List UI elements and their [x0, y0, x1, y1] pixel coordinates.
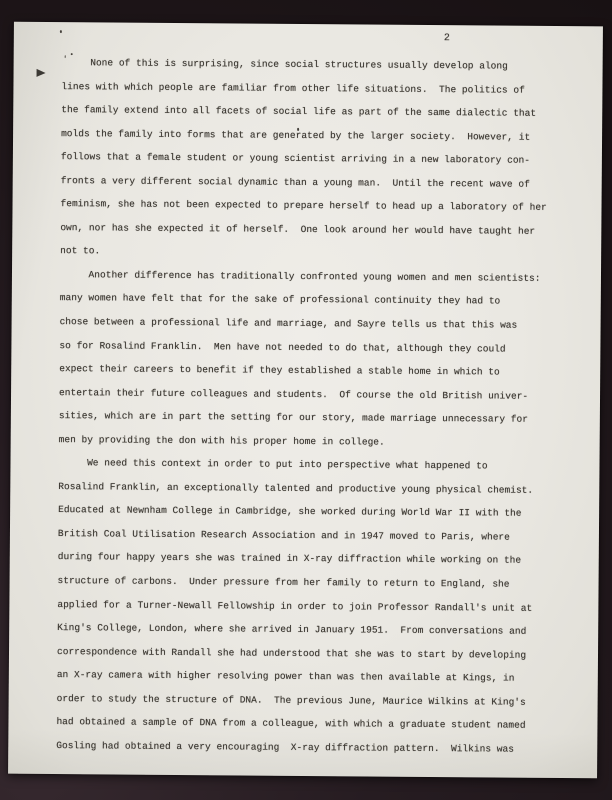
text-line: Gosling had obtained a very encouraging … — [56, 734, 578, 762]
text-lines: None of this is surprising, since social… — [56, 51, 584, 761]
margin-arrow-icon — [37, 69, 46, 77]
page-number: 2 — [444, 33, 450, 44]
ink-speck — [60, 30, 62, 33]
text-line: own, nor has she expected it of herself.… — [60, 216, 582, 244]
photo-background: 2 None of this is surprising, since soci… — [0, 0, 612, 800]
paper-page: 2 None of this is surprising, since soci… — [8, 22, 603, 779]
text-line: structure of carbons. Under pressure fro… — [57, 569, 579, 597]
text-line: None of this is surprising, since social… — [62, 51, 584, 79]
text-line: the family extend into all facets of soc… — [61, 98, 583, 126]
text-line: chose between a professional life and ma… — [60, 310, 582, 338]
